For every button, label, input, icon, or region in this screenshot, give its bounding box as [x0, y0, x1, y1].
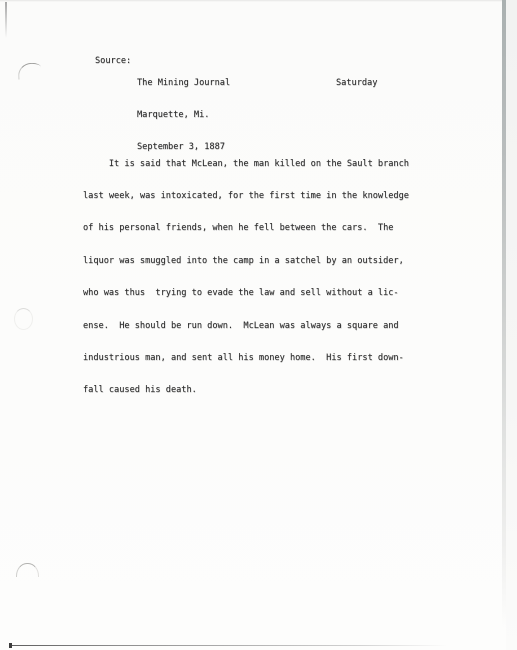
source-weekday: Saturday — [336, 78, 377, 89]
body-line: last week, was intoxicated, for the firs… — [83, 191, 409, 202]
scanned-document-page: Source: The Mining Journal Marquette, Mi… — [0, 0, 517, 650]
paper-right-edge-shadow — [502, 0, 506, 640]
punch-hole-mark-middle — [14, 308, 33, 330]
scan-bottom-edge-mark — [9, 643, 12, 648]
source-publication: The Mining Journal — [137, 78, 230, 89]
source-location: Marquette, Mi. — [137, 110, 230, 121]
scan-bottom-edge-line — [9, 645, 447, 646]
punch-hole-mark-top — [18, 62, 42, 79]
punch-hole-mark-bottom — [16, 563, 39, 577]
body-line: of his personal friends, when he fell be… — [83, 223, 409, 234]
body-line: It is said that McLean, the man killed o… — [83, 159, 409, 170]
body-line: who was thus trying to evade the law and… — [83, 288, 409, 299]
scan-top-edge-shadow — [0, 0, 517, 2]
body-line: ense. He should be run down. McLean was … — [83, 321, 409, 332]
scan-right-margin — [506, 0, 517, 650]
article-body: It is said that McLean, the man killed o… — [83, 137, 409, 418]
body-line: industrious man, and sent all his money … — [83, 353, 409, 364]
body-line: liquor was smuggled into the camp in a s… — [83, 256, 409, 267]
scan-left-edge-mark — [5, 2, 7, 38]
source-label: Source: — [95, 56, 131, 67]
body-line: fall caused his death. — [83, 385, 409, 396]
